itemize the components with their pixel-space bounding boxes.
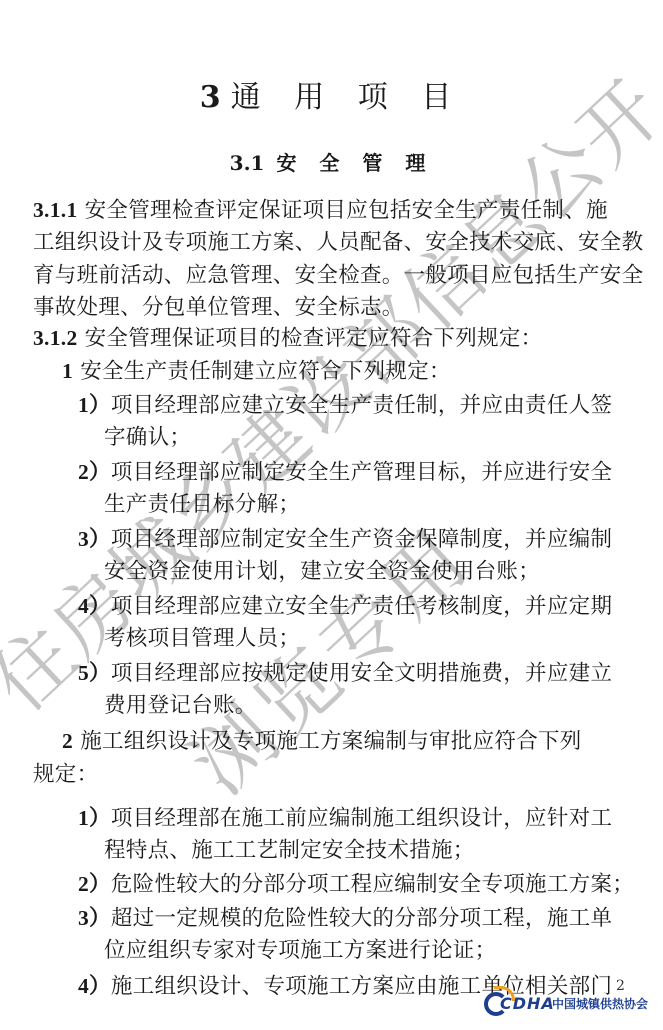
publisher-name: 中国城镇供热协会 bbox=[552, 995, 648, 1012]
subitem-2-3: 3）超过一定规模的危险性较大的分部分项工程，施工单 bbox=[78, 904, 612, 933]
subitem-text: 危险性较大的分部分项工程应编制安全专项施工方案； bbox=[111, 872, 634, 897]
item-number: 1 bbox=[62, 357, 73, 385]
item-2: 2 施工组织设计及专项施工方案编制与审批应符合下列 bbox=[62, 727, 582, 756]
clause-number: 3.1.2 bbox=[33, 324, 78, 352]
subitem-1-2: 2）项目经理部应制定安全生产管理目标，并应进行安全 bbox=[78, 458, 612, 487]
section-number: 3.1 bbox=[230, 151, 265, 175]
subitem-1-5-cont: 费用登记台账。 bbox=[104, 692, 257, 720]
chapter-title: 3通 用 项 目 bbox=[0, 72, 663, 116]
subitem-1-3-cont: 安全资金使用计划，建立安全资金使用台账； bbox=[104, 558, 540, 586]
subitem-text: 项目经理部应建立安全生产责任考核制度，并应定期 bbox=[111, 594, 612, 619]
clause-text: 安全管理检查评定保证项目应包括安全生产责任制、施 bbox=[78, 198, 608, 223]
clause-3-1-1-line-2: 工组织设计及专项施工方案、人员配备、安全技术交底、安全教 bbox=[33, 229, 643, 257]
subitem-text: 项目经理部应制定安全生产管理目标，并应进行安全 bbox=[111, 460, 612, 485]
cdha-logo-icon: CDHA bbox=[482, 990, 548, 1016]
clause-3-1-1-line-1: 3.1.1 安全管理检查评定保证项目应包括安全生产责任制、施 bbox=[33, 196, 608, 225]
subitem-1-2-cont: 生产责任目标分解； bbox=[104, 491, 300, 519]
subitem-2-1-cont: 程特点、施工工艺制定安全技术措施； bbox=[104, 837, 475, 865]
subitem-1-4-cont: 考核项目管理人员； bbox=[104, 625, 300, 653]
subitem-1-4: 4）项目经理部应建立安全生产责任考核制度，并应定期 bbox=[78, 592, 612, 621]
document-page: 住房城乡建设部信息公开 浏览专用 3通 用 项 目 3.1安 全 管 理 3.1… bbox=[0, 0, 663, 1030]
subitem-text: 超过一定规模的危险性较大的分部分项工程，施工单 bbox=[111, 906, 612, 931]
subitem-1-5: 5）项目经理部应按规定使用安全文明措施费，并应建立 bbox=[78, 659, 612, 688]
clause-text: 安全管理保证项目的检查评定应符合下列规定： bbox=[78, 326, 543, 351]
subitem-number: 4） bbox=[78, 592, 111, 620]
subitem-text: 项目经理部应按规定使用安全文明措施费，并应建立 bbox=[111, 661, 612, 686]
clause-3-1-1-line-3: 育与班前活动、应急管理、安全检查。一般项目应包括生产安全 bbox=[33, 262, 643, 290]
section-title-text: 安 全 管 理 bbox=[276, 151, 433, 175]
subitem-number: 1） bbox=[78, 391, 111, 419]
subitem-1-1: 1）项目经理部应建立安全生产责任制，并应由责任人签 bbox=[78, 391, 612, 420]
chapter-number: 3 bbox=[200, 80, 221, 115]
item-text: 安全生产责任制建立应符合下列规定： bbox=[73, 359, 451, 384]
logo-text: CDHA bbox=[500, 994, 555, 1013]
item-number: 2 bbox=[62, 727, 73, 755]
chapter-title-text: 通 用 项 目 bbox=[231, 80, 464, 115]
subitem-number: 3） bbox=[78, 904, 111, 932]
subitem-2-1: 1）项目经理部在施工前应编制施工组织设计，应针对工 bbox=[78, 804, 612, 833]
subitem-2-2: 2）危险性较大的分部分项工程应编制安全专项施工方案； bbox=[78, 870, 634, 899]
subitem-text: 项目经理部应制定安全生产资金保障制度，并应编制 bbox=[111, 527, 612, 552]
subitem-text: 项目经理部在施工前应编制施工组织设计，应针对工 bbox=[111, 806, 612, 831]
clause-number: 3.1.1 bbox=[33, 196, 78, 224]
subitem-number: 3） bbox=[78, 525, 111, 553]
subitem-number: 5） bbox=[78, 659, 111, 687]
item-1: 1 安全生产责任制建立应符合下列规定： bbox=[62, 357, 451, 386]
subitem-1-3: 3）项目经理部应制定安全生产资金保障制度，并应编制 bbox=[78, 525, 612, 554]
section-title: 3.1安 全 管 理 bbox=[0, 147, 663, 176]
item-2-cont: 规定： bbox=[33, 761, 98, 789]
subitem-1-1-cont: 字确认； bbox=[104, 424, 191, 452]
subitem-number: 2） bbox=[78, 870, 111, 898]
clause-3-1-1-line-4: 事故处理、分包单位管理、安全标志。 bbox=[33, 294, 404, 322]
subitem-2-3-cont: 位应组织专家对专项施工方案进行论证； bbox=[104, 937, 496, 965]
subitem-text: 项目经理部应建立安全生产责任制，并应由责任人签 bbox=[111, 393, 612, 418]
subitem-number: 2） bbox=[78, 458, 111, 486]
item-text: 施工组织设计及专项施工方案编制与审批应符合下列 bbox=[73, 729, 582, 754]
publisher-logo: CDHA 中国城镇供热协会 bbox=[482, 990, 648, 1016]
subitem-number: 1） bbox=[78, 804, 111, 832]
clause-3-1-2: 3.1.2 安全管理保证项目的检查评定应符合下列规定： bbox=[33, 324, 542, 353]
subitem-number: 4） bbox=[78, 972, 111, 1000]
